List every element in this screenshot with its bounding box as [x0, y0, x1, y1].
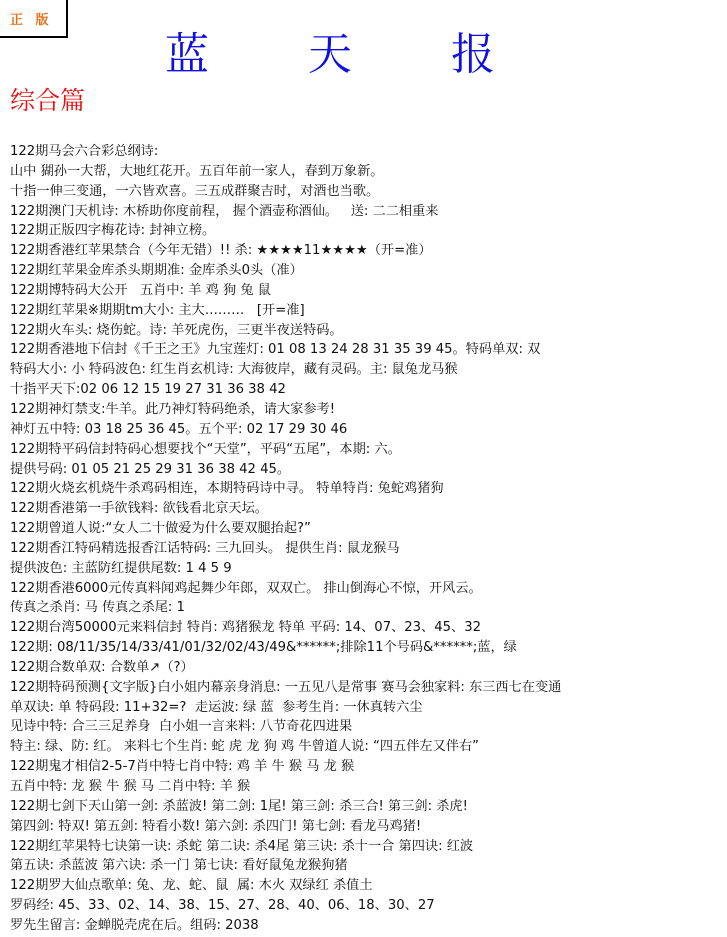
text-line: 122期火车头: 烧伤蛇。诗: 羊死虎伤，三更半夜送特码。	[10, 321, 720, 341]
authentic-badge: 正 版	[0, 0, 68, 38]
text-line: 第五诀: 杀蓝波 第六诀: 杀一门 第七诀: 看好鼠兔龙猴狗猪	[10, 856, 720, 876]
text-line: 122期红苹果特七诀第一诀: 杀蛇 第二诀: 杀4尾 第三诀: 杀十一合 第四诀…	[10, 837, 720, 857]
text-line: 122期马会六合彩总纲诗:	[10, 142, 720, 162]
text-line: 见诗中特: 合三三足养身 白小姐一言来料: 八节奇花四进果	[10, 717, 720, 737]
badge-label: 正 版	[10, 9, 53, 28]
text-line: 122期台湾50000元来料信封 特肖: 鸡猪猴龙 特单 平码: 14、07、2…	[10, 618, 720, 638]
text-line: 山中 猢孙一大帮，大地红花开。五百年前一家人，春到万象新。	[10, 162, 720, 182]
text-line: 十指一伸三变通，一六皆欢喜。三五成群聚吉时，对酒也当歌。	[10, 182, 720, 202]
masthead-char-1: 蓝	[160, 28, 214, 82]
text-line: 122期香江特码精选报香江话特码: 三九回头。 提供生肖: 鼠龙猴马	[10, 539, 720, 559]
text-line: 122期特平码信封特码心想要找个“天堂”，平码“五尾”，本期: 六。	[10, 440, 720, 460]
masthead-title: 蓝 天 报	[160, 28, 500, 82]
text-line: 122期合数单双: 合数单↗（?）	[10, 658, 720, 678]
text-line: 122期罗大仙点歌单: 兔、龙、蛇、鼠 属: 木火 双绿红 杀值土	[10, 876, 720, 896]
text-line: 传真之杀肖: 马 传真之杀尾: 1	[10, 598, 720, 618]
text-line: 单双诀: 单 特码段: 11+32=? 走运波: 绿 蓝 参考生肖: 一休真转六…	[10, 698, 720, 718]
text-line: 122期七剑下天山第一剑: 杀蓝波! 第二剑: 1尾! 第三剑: 杀三合! 第三…	[10, 797, 720, 817]
masthead-char-2: 天	[303, 28, 357, 82]
text-line: 第四剑: 特双! 第五剑: 特看小数! 第六剑: 杀四门! 第七剑: 看龙马鸡猪…	[10, 817, 720, 837]
masthead-char-3: 报	[446, 28, 500, 82]
text-line: 122期特码预测{文字版}白小姐内幕亲身消息: 一五见八是常事 赛马会独家料: …	[10, 678, 720, 698]
text-line: 提供波色: 主蓝防红提供尾数: 1 4 5 9	[10, 559, 720, 579]
text-line: 罗先生留言: 金蝉脱壳虎在后。组码: 2038	[10, 916, 720, 936]
text-line: 罗码经: 45、33、02、14、38、15、27、28、40、06、18、30…	[10, 896, 720, 916]
text-line: 122期鬼才相信2-5-7肖中特七肖中特: 鸡 羊 牛 猴 马 龙 猴	[10, 757, 720, 777]
text-line: 122期红苹果※期期tm大小: 主大……… [开=准]	[10, 301, 720, 321]
text-line: 神灯五中特: 03 18 25 36 45。五个平: 02 17 29 30 4…	[10, 420, 720, 440]
text-line: 122期正版四字梅花诗: 封神立榜。	[10, 221, 720, 241]
text-line: 五肖中特: 龙 猴 牛 猴 马 二肖中特: 羊 猴	[10, 777, 720, 797]
section-title: 综合篇	[10, 84, 85, 118]
document-body: 122期马会六合彩总纲诗: 山中 猢孙一大帮，大地红花开。五百年前一家人，春到万…	[10, 142, 720, 936]
text-line: 提供号码: 01 05 21 25 29 31 36 38 42 45。	[10, 460, 720, 480]
text-line: 122期神灯禁支:牛羊。此乃神灯特码绝杀，请大家参考!	[10, 400, 720, 420]
text-line: 122期香港地下信封《千王之王》九宝莲灯: 01 08 13 24 28 31 …	[10, 340, 720, 360]
text-line: 122期曾道人说:“女人二十做爱为什么要双腿抬起?”	[10, 519, 720, 539]
text-line: 122期红苹果金库杀头期期准: 金库杀头0头（准）	[10, 261, 720, 281]
text-line: 122期: 08/11/35/14/33/41/01/32/02/43/49&*…	[10, 638, 720, 658]
text-line: 122期香港第一手欲钱料: 欲钱看北京天坛。	[10, 499, 720, 519]
text-line: 122期澳门天机诗: 木桥助你度前程， 握个酒壶称酒仙。 送: 二二相重来	[10, 202, 720, 222]
text-line: 特码大小: 小 特码波色: 红生肖玄机诗: 大海彼岸，藏有灵码。主: 鼠兔龙马猴	[10, 360, 720, 380]
text-line: 特主: 绿、防: 红。 来料七个生肖: 蛇 虎 龙 狗 鸡 牛曾道人说: “四五…	[10, 737, 720, 757]
text-line: 122期火烧玄机烧牛杀鸡码相连，本期特码诗中寻。 特单特肖: 兔蛇鸡猪狗	[10, 479, 720, 499]
text-line: 122期博特码大公开 五肖中: 羊 鸡 狗 兔 鼠	[10, 281, 720, 301]
text-line: 十指平天下:02 06 12 15 19 27 31 36 38 42	[10, 380, 720, 400]
text-line: 122期香港红苹果禁合（今年无错）!! 杀: ★★★★11★★★★（开=准）	[10, 241, 720, 261]
text-line: 122期香港6000元传真料闻鸡起舞少年郎，双双亡。 排山倒海心不惊，开风云。	[10, 579, 720, 599]
